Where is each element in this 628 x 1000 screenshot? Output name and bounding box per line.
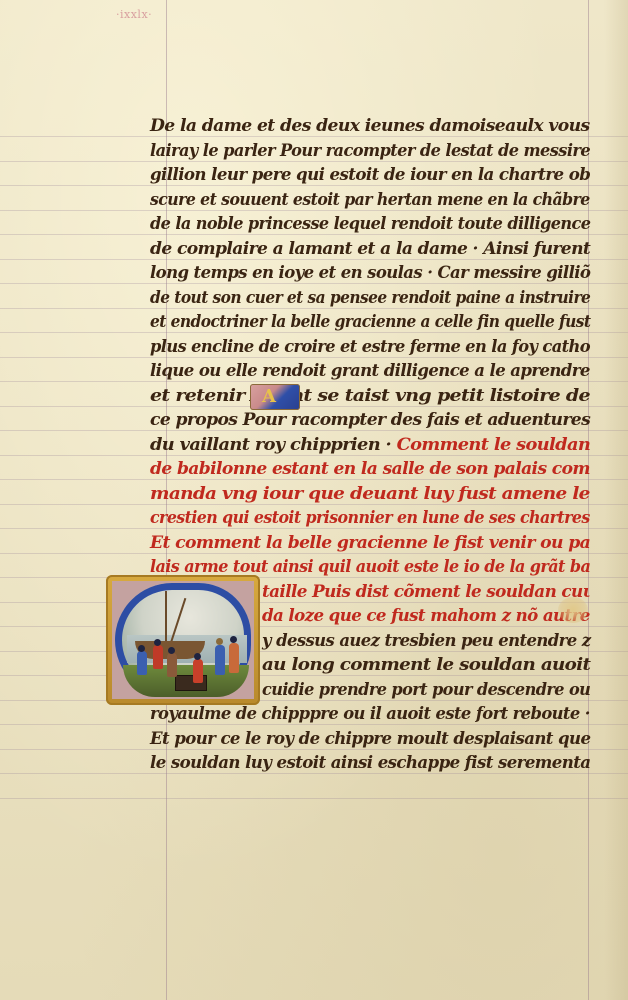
figure	[137, 651, 147, 675]
text-line: lairay le parler Pour racompter de lesta…	[150, 139, 590, 163]
text-line: gillion leur pere qui estoit de iour en …	[150, 163, 590, 187]
figure-head	[194, 653, 201, 660]
text-line: da loze que ce fust mahom z nõ autre	[262, 604, 590, 628]
text-line: de tout son cuer et sa pensee rendoit pa…	[150, 286, 590, 310]
parchment-stain	[558, 597, 588, 623]
figure-head	[154, 639, 161, 646]
text-line: long temps en ioye et en soulas · Car me…	[150, 261, 590, 285]
text-line: De la dame et des deux ieunes damoiseaul…	[150, 114, 590, 138]
text-line: et endoctriner la belle gracienne a cell…	[150, 310, 590, 334]
text-line: y dessus auez tresbien peu entendre z	[262, 629, 590, 653]
text-line: Et comment la belle gracienne le fist ve…	[150, 531, 590, 555]
ruling-line	[0, 798, 628, 799]
initial-letter: A	[262, 386, 276, 407]
manuscript-page: ·ixxlx· De la dame et des deux ieunes da…	[0, 0, 628, 1000]
figure-head	[138, 645, 145, 652]
text-line: au long comment le souldan auoit	[262, 653, 590, 677]
text-line: lique ou elle rendoit grant dilligence a…	[150, 359, 590, 383]
text-line: du vaillant roy chipprien · Comment le s…	[150, 433, 590, 457]
text-line: de la noble princesse lequel rendoit tou…	[150, 212, 590, 236]
text-line: ce propos Pour racompter des fais et adu…	[150, 408, 590, 432]
text-line: cuidie prendre port pour descendre ou	[262, 678, 590, 702]
figure	[167, 653, 177, 677]
figure-head	[230, 636, 237, 643]
text-line: plus encline de croire et estre ferme en…	[150, 335, 590, 359]
text-line: royaulme de chipppre ou il auoit este fo…	[150, 702, 590, 726]
text-line: Et pour ce le roy de chippre moult despl…	[150, 727, 590, 751]
figure	[153, 645, 163, 669]
figure	[229, 643, 239, 673]
miniature-field	[112, 581, 254, 699]
text-line: et retenir A tant se taist vng petit lis…	[150, 384, 590, 408]
figure-head	[168, 647, 175, 654]
text-line: le souldan luy estoit ainsi eschappe fis…	[150, 751, 590, 775]
text-line: manda vng iour que deuant luy fust amene…	[150, 482, 590, 506]
text-line: taille Puis dist cõment le souldan cuι	[262, 580, 590, 604]
decorated-initial-a: A	[250, 384, 300, 410]
text-line: crestien qui estoit prisonnier en lune d…	[150, 506, 590, 530]
initial-c-letterform	[115, 583, 251, 697]
text-line: scure et souuent estoit par hertan mene …	[150, 188, 590, 212]
figure-head	[216, 638, 223, 645]
figure	[193, 659, 203, 683]
text-line: de complaire a lamant et a la dame · Ain…	[150, 237, 590, 261]
folio-number: ·ixxlx·	[116, 8, 152, 21]
figure	[215, 645, 225, 675]
ship-mast	[165, 591, 167, 646]
text-line: de babilonne estant en la salle de son p…	[150, 457, 590, 481]
rubric-text: Comment le souldan	[391, 435, 590, 454]
historiated-initial-c	[106, 575, 260, 705]
